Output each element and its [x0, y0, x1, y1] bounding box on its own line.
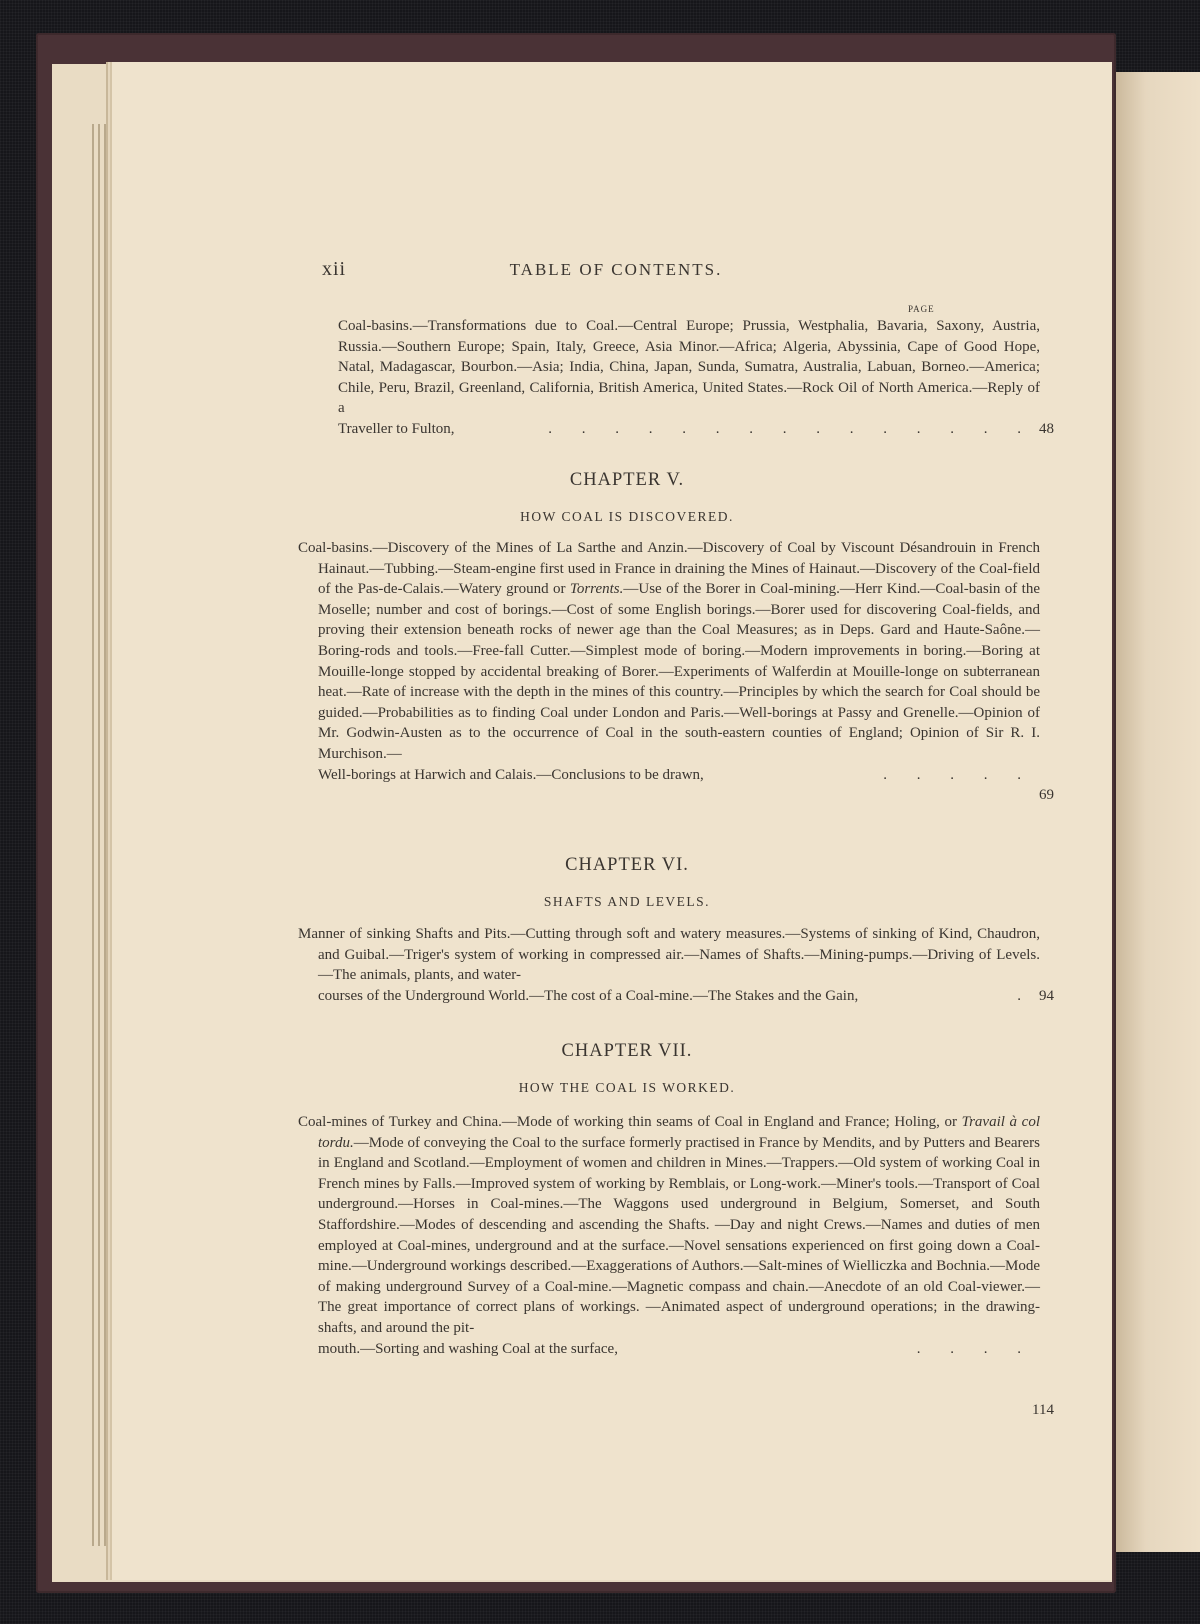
entry-last-line: Traveller to Fulton, . . . . . . . . . .…: [318, 419, 1040, 440]
leaf-edge: [92, 124, 94, 1546]
entry-last-line-text: mouth.—Sorting and washing Coal at the s…: [318, 1339, 618, 1360]
entry-last-line: mouth.—Sorting and washing Coal at the s…: [298, 1339, 1040, 1360]
book-page: xii TABLE OF CONTENTS. PAGE Coal-basins.…: [112, 62, 1112, 1580]
entry-last-line-text: courses of the Underground World.—The co…: [318, 986, 858, 1007]
entry-text-italic: Torrents.: [570, 581, 624, 597]
dot-leader: . . . . . . . . . . . . . . .: [455, 419, 1040, 440]
entry-text: Coal-basins.—Discovery of the Mines of L…: [298, 538, 1040, 765]
entry-last-line: courses of the Underground World.—The co…: [298, 986, 1040, 1007]
toc-entry-chapter-7: Coal-mines of Turkey and China.—Mode of …: [298, 1112, 1040, 1359]
page-column-label: PAGE: [908, 304, 935, 314]
page-number: 69: [1014, 785, 1054, 806]
page-number: 48: [1014, 419, 1054, 440]
facing-page-edge: [1116, 72, 1200, 1552]
toc-entry-continuation: Coal-basins.—Transformations due to Coal…: [318, 316, 1040, 440]
page-number: 94: [1014, 986, 1054, 1007]
entry-text-part: —Mode of conveying the Coal to the surfa…: [318, 1135, 1040, 1336]
dot-leader: .: [858, 986, 1040, 1007]
leaf-edge: [104, 124, 106, 1546]
entry-text-part: —Use of the Borer in Coal-mining.—Herr K…: [318, 581, 1040, 762]
toc-entry-chapter-5: Coal-basins.—Discovery of the Mines of L…: [298, 538, 1040, 785]
chapter-subtitle: HOW THE COAL IS WORKED.: [112, 1080, 1112, 1096]
chapter-heading: CHAPTER VII.: [112, 1041, 1112, 1062]
toc-entry-chapter-6: Manner of sinking Shafts and Pits.—Cutti…: [298, 924, 1040, 1006]
entry-text: Manner of sinking Shafts and Pits.—Cutti…: [298, 924, 1040, 986]
chapter-subtitle: HOW COAL IS DISCOVERED.: [112, 509, 1112, 525]
entry-text-part: Coal-mines of Turkey and China.—Mode of …: [298, 1114, 962, 1130]
entry-last-line-text: Traveller to Fulton,: [338, 419, 455, 440]
entry-text: Coal-basins.—Transformations due to Coal…: [318, 316, 1040, 419]
dot-leader: . . . . .: [704, 765, 1040, 786]
leaf-edge: [98, 124, 100, 1546]
entry-last-line-text: Well-borings at Harwich and Calais.—Conc…: [318, 765, 704, 786]
page-number: 114: [1014, 1400, 1054, 1421]
chapter-heading: CHAPTER V.: [112, 470, 1112, 491]
entry-text: Coal-mines of Turkey and China.—Mode of …: [298, 1112, 1040, 1339]
chapter-heading: CHAPTER VI.: [112, 855, 1112, 876]
running-head: xii TABLE OF CONTENTS.: [112, 258, 1112, 288]
chapter-subtitle: SHAFTS AND LEVELS.: [112, 894, 1112, 910]
entry-last-line: Well-borings at Harwich and Calais.—Conc…: [298, 765, 1040, 786]
dot-leader: . . . .: [618, 1339, 1040, 1360]
running-title: TABLE OF CONTENTS.: [112, 260, 1116, 280]
